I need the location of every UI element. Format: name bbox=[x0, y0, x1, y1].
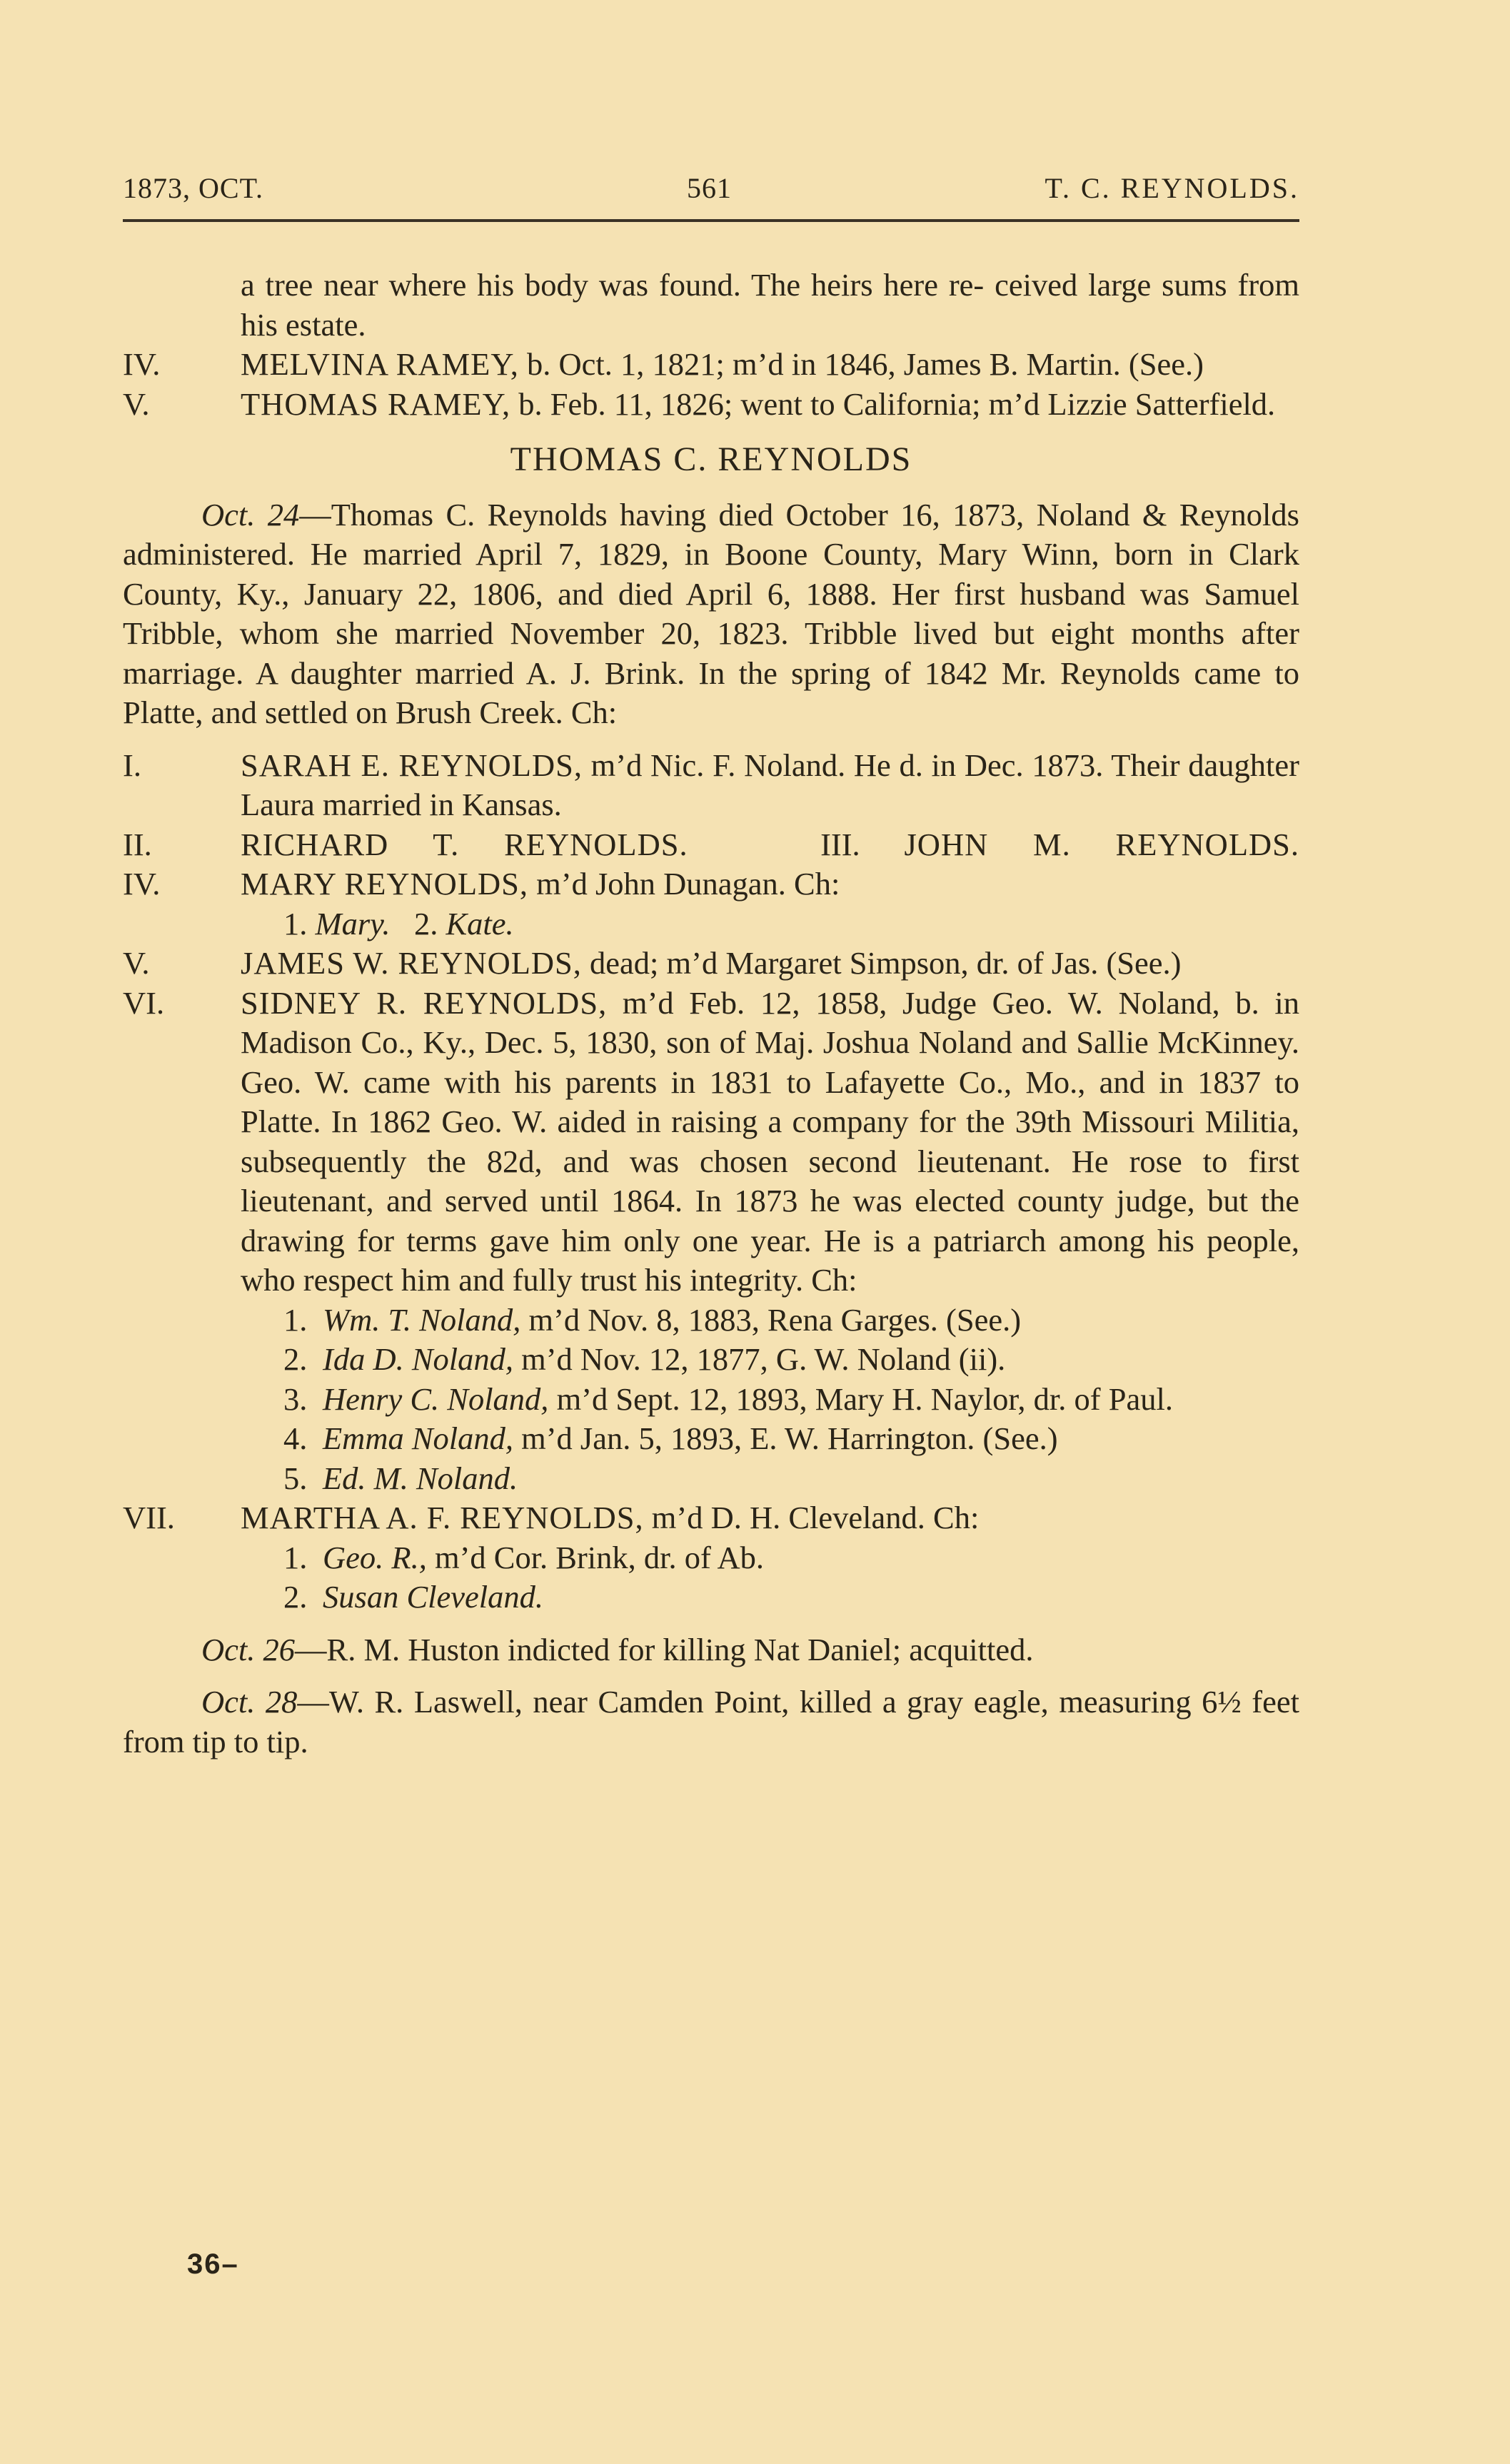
grandchild-entry: 2.Ida D. Noland, m’d Nov. 12, 1877, G. W… bbox=[123, 1340, 1299, 1380]
page-number: 561 bbox=[687, 171, 732, 205]
ramey-entry-iv: IV.MELVINA RAMEY, b. Oct. 1, 1821; m’d i… bbox=[123, 345, 1299, 385]
entry-name: MARTHA A. F. REYNOLDS, bbox=[241, 1500, 644, 1535]
running-head-date: 1873, OCT. bbox=[123, 171, 263, 205]
entry-date: Oct. 26 bbox=[201, 1632, 295, 1667]
entry-name: JAMES W. REYNOLDS, bbox=[241, 945, 582, 981]
entry-name: RICHARD T. REYNOLDS. bbox=[241, 827, 688, 862]
grandchild-entry: 3.Henry C. Noland, m’d Sept. 12, 1893, M… bbox=[123, 1380, 1299, 1420]
section-title: THOMAS C. REYNOLDS bbox=[123, 440, 1299, 480]
ramey-entry-v: V.THOMAS RAMEY, b. Feb. 11, 1826; went t… bbox=[123, 385, 1299, 425]
child-entry-iv: IV.MARY REYNOLDS, m’d John Dunagan. Ch: bbox=[123, 864, 1299, 904]
running-head: 1873, OCT. 561 T. C. REYNOLDS. bbox=[123, 171, 1299, 207]
entry-name: MARY REYNOLDS, bbox=[241, 866, 528, 902]
entry-name: JOHN M. REYNOLDS. bbox=[904, 827, 1299, 862]
child-entry-v: V.JAMES W. REYNOLDS, dead; m’d Margaret … bbox=[123, 944, 1299, 984]
grandchild-entry: 5.Ed. M. Noland. bbox=[123, 1459, 1299, 1499]
header-rule bbox=[123, 219, 1299, 222]
main-paragraph: Oct. 24—Thomas C. Reynolds having died O… bbox=[123, 495, 1299, 733]
entry-date: Oct. 28 bbox=[201, 1684, 297, 1720]
continued-paragraph: a tree near where his body was found. Th… bbox=[123, 266, 1299, 345]
signature-mark: 36– bbox=[187, 2248, 239, 2281]
page-body: a tree near where his body was found. Th… bbox=[123, 266, 1299, 1762]
entry-date: Oct. 24 bbox=[201, 497, 299, 532]
grandchild-entry: 4.Emma Noland, m’d Jan. 5, 1893, E. W. H… bbox=[123, 1419, 1299, 1459]
entry-oct-28: Oct. 28—W. R. Laswell, near Camden Point… bbox=[123, 1682, 1299, 1762]
grandchildren-inline: 1. Mary. 2. Kate. bbox=[123, 904, 1299, 944]
entry-name: SARAH E. REYNOLDS, bbox=[241, 747, 583, 783]
grandchild-entry: 1.Wm. T. Noland, m’d Nov. 8, 1883, Rena … bbox=[123, 1301, 1299, 1340]
entry-name: SIDNEY R. REYNOLDS, bbox=[241, 985, 607, 1021]
child-entry-ii-iii: II.RICHARD T. REYNOLDS. III. JOHN M. REY… bbox=[123, 825, 1299, 865]
child-entry-vi: VI.SIDNEY R. REYNOLDS, m’d Feb. 12, 1858… bbox=[123, 984, 1299, 1301]
entry-oct-26: Oct. 26—R. M. Huston indicted for killin… bbox=[123, 1630, 1299, 1670]
child-entry-vii: VII.MARTHA A. F. REYNOLDS, m’d D. H. Cle… bbox=[123, 1498, 1299, 1538]
grandchild-entry: 2.Susan Cleveland. bbox=[123, 1577, 1299, 1617]
running-head-title: T. C. REYNOLDS. bbox=[1045, 171, 1299, 205]
child-entry-i: I.SARAH E. REYNOLDS, m’d Nic. F. Noland.… bbox=[123, 746, 1299, 825]
grandchild-entry: 1.Geo. R., m’d Cor. Brink, dr. of Ab. bbox=[123, 1538, 1299, 1578]
entry-name: MELVINA RAMEY, bbox=[241, 346, 519, 382]
entry-name: THOMAS RAMEY, bbox=[241, 386, 510, 422]
